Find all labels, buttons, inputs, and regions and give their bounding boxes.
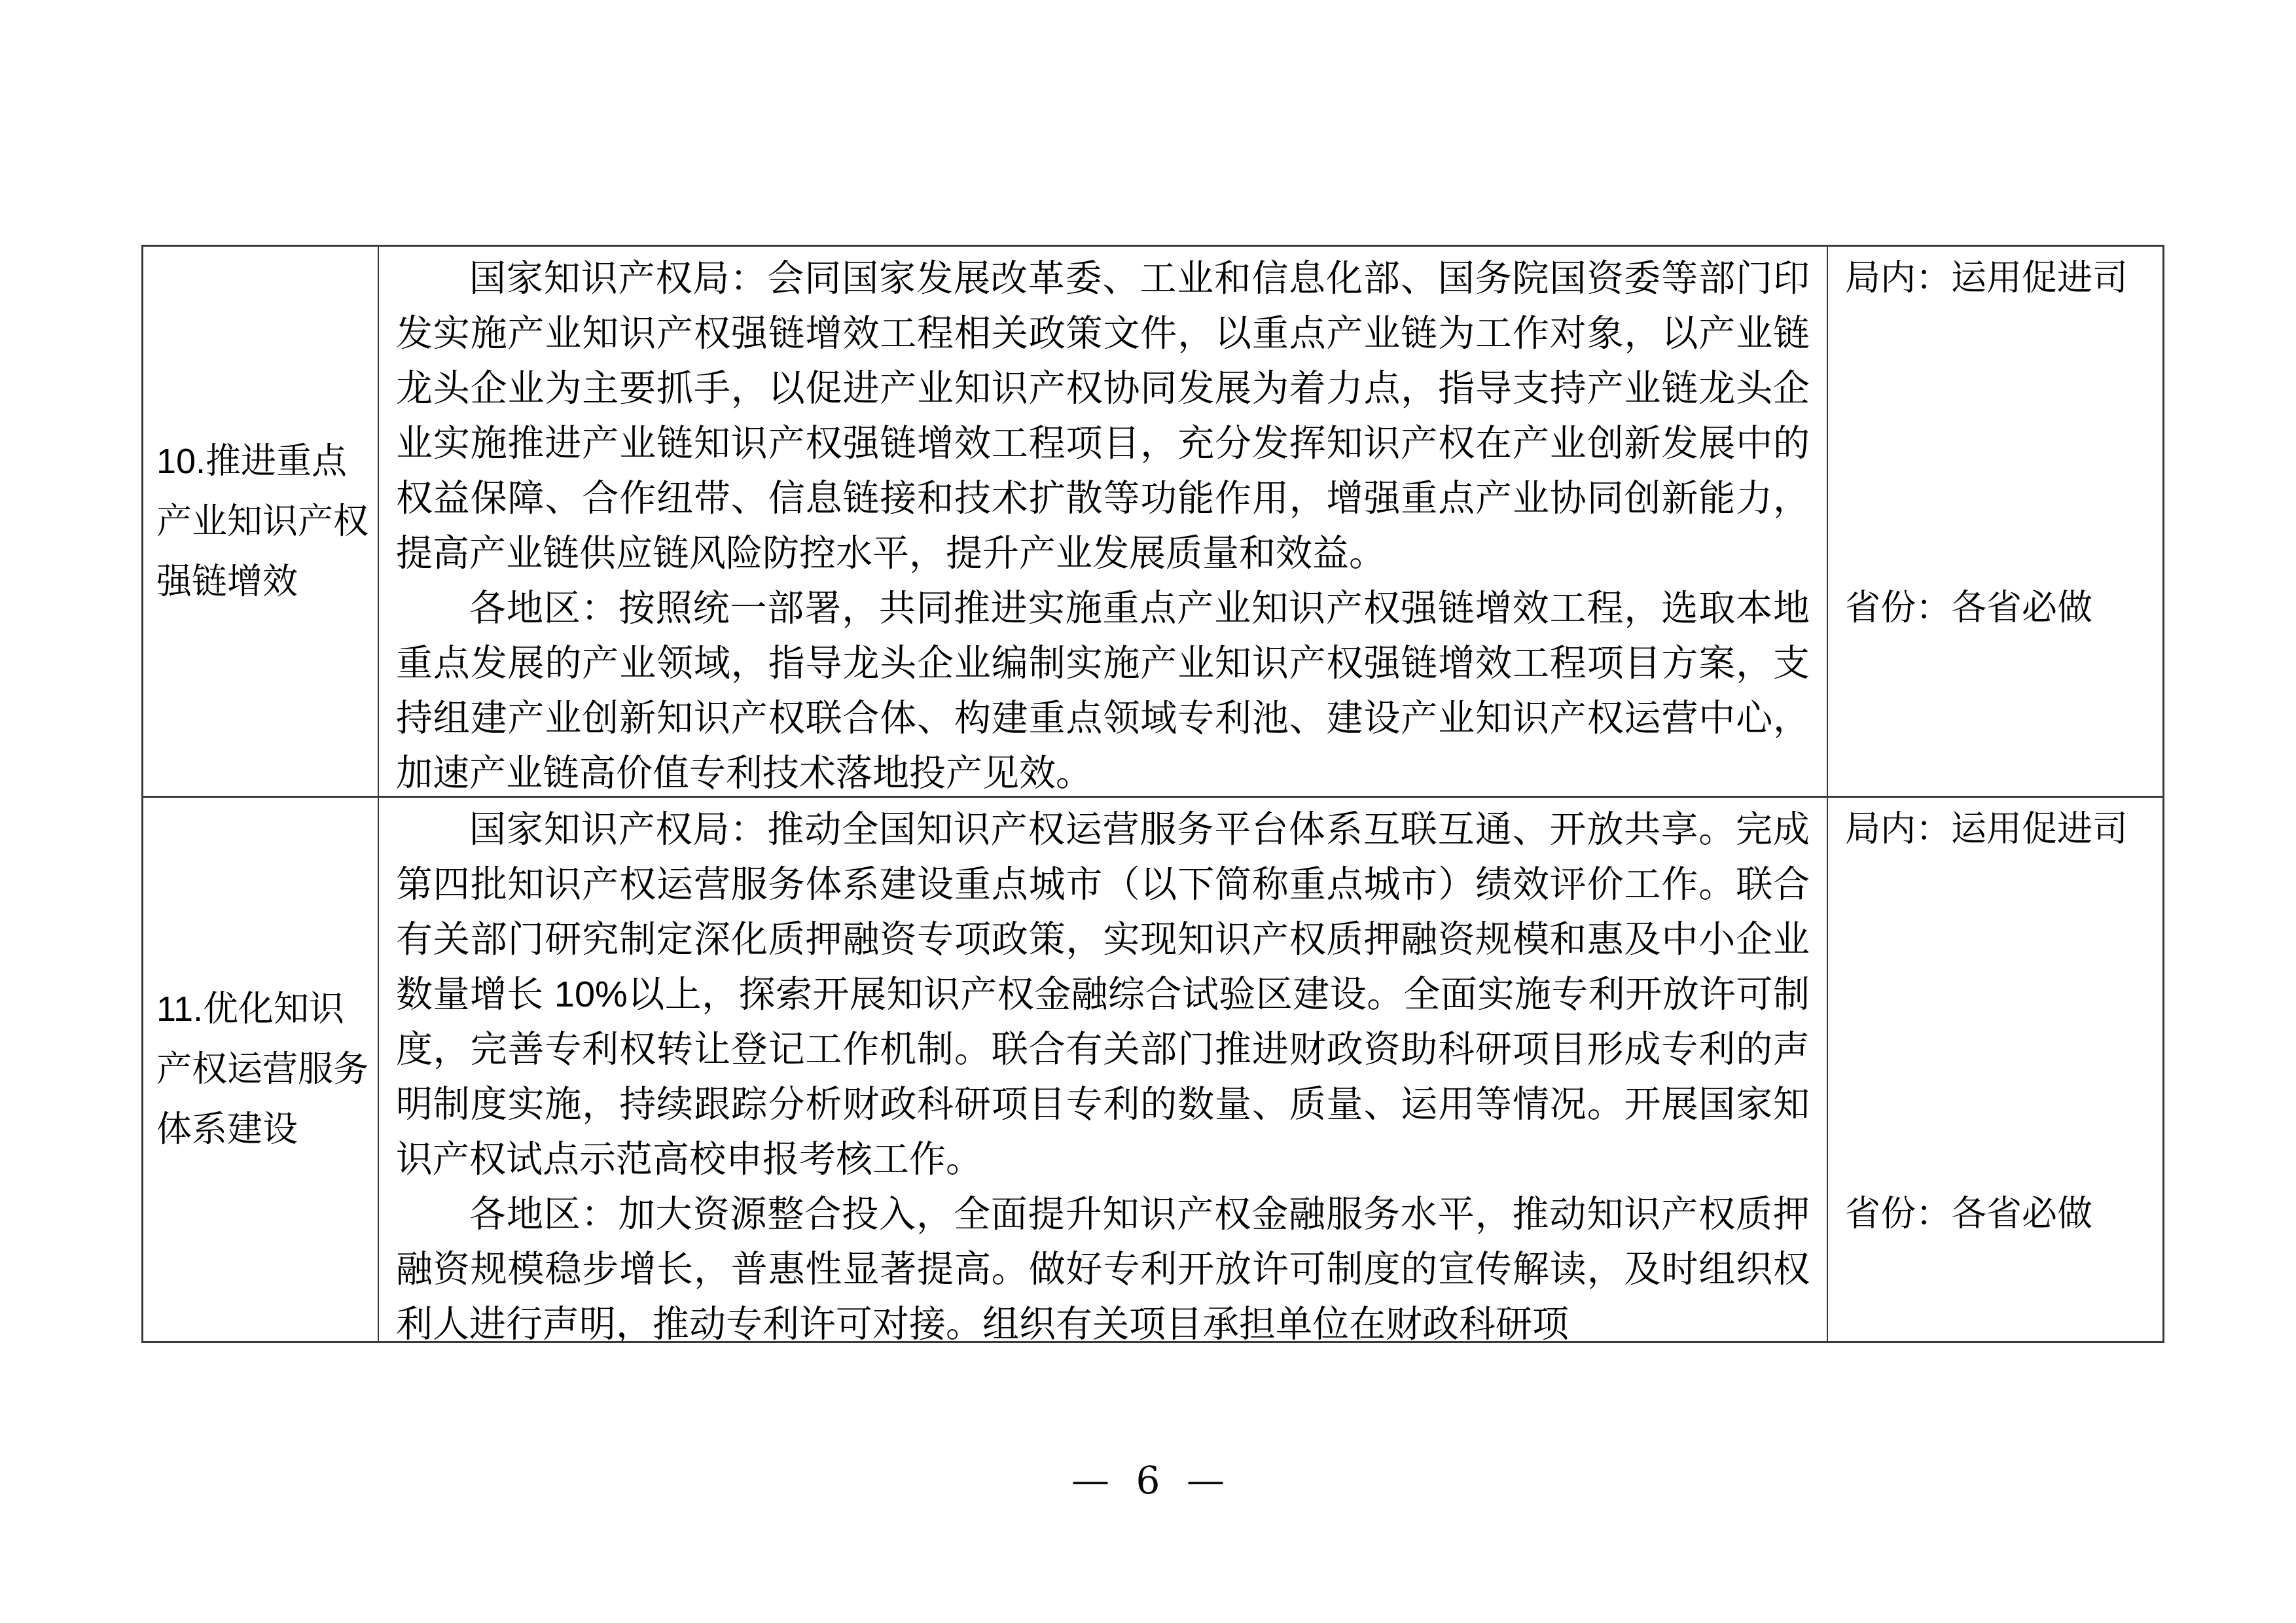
national-bureau-paragraph: 国家知识产权局：会同国家发展改革委、工业和信息化部、国务院国资委等部门印发实施产… — [396, 251, 1810, 580]
page-number: — 6 — — [0, 1458, 2296, 1503]
table-row-task-11: 11.优化知识产权运营服务体系建设 国家知识产权局：推动全国知识产权运营服务平台… — [143, 798, 2162, 1341]
national-bureau-paragraph: 国家知识产权局：推动全国知识产权运营服务平台体系互联互通、开放共享。完成第四批知… — [396, 802, 1810, 1186]
province-requirement-label: 省份：各省必做 — [1845, 1186, 2092, 1241]
task-title: 11.优化知识产权运营服务体系建设 — [156, 979, 372, 1160]
bureau-division-label: 局内：运用促进司 — [1845, 802, 2157, 857]
bureau-division-label: 局内：运用促进司 — [1845, 251, 2157, 306]
responsibility-cell: 局内：运用促进司 省份：各省必做 — [1828, 798, 2162, 1341]
task-name-cell: 11.优化知识产权运营服务体系建设 — [143, 798, 379, 1341]
task-title: 10.推进重点产业知识产权强链增效 — [156, 431, 372, 612]
task-name-cell: 10.推进重点产业知识产权强链增效 — [143, 247, 379, 796]
regions-paragraph: 各地区：加大资源整合投入，全面提升知识产权金融服务水平，推动知识产权质押融资规模… — [396, 1186, 1810, 1341]
responsibility-cell: 局内：运用促进司 省份：各省必做 — [1828, 247, 2162, 796]
tasks-table: 10.推进重点产业知识产权强链增效 国家知识产权局：会同国家发展改革委、工业和信… — [141, 245, 2164, 1343]
regions-paragraph: 各地区：按照统一部署，共同推进实施重点产业知识产权强链增效工程，选取本地重点发展… — [396, 580, 1810, 796]
document-page: { "page": { "page_number": "— 6 —" }, "t… — [0, 0, 2296, 1623]
task-description-cell: 国家知识产权局：会同国家发展改革委、工业和信息化部、国务院国资委等部门印发实施产… — [379, 247, 1828, 796]
province-requirement-label: 省份：各省必做 — [1845, 580, 2092, 635]
table-row-task-10: 10.推进重点产业知识产权强链增效 国家知识产权局：会同国家发展改革委、工业和信… — [143, 247, 2162, 798]
task-description-cell: 国家知识产权局：推动全国知识产权运营服务平台体系互联互通、开放共享。完成第四批知… — [379, 798, 1828, 1341]
